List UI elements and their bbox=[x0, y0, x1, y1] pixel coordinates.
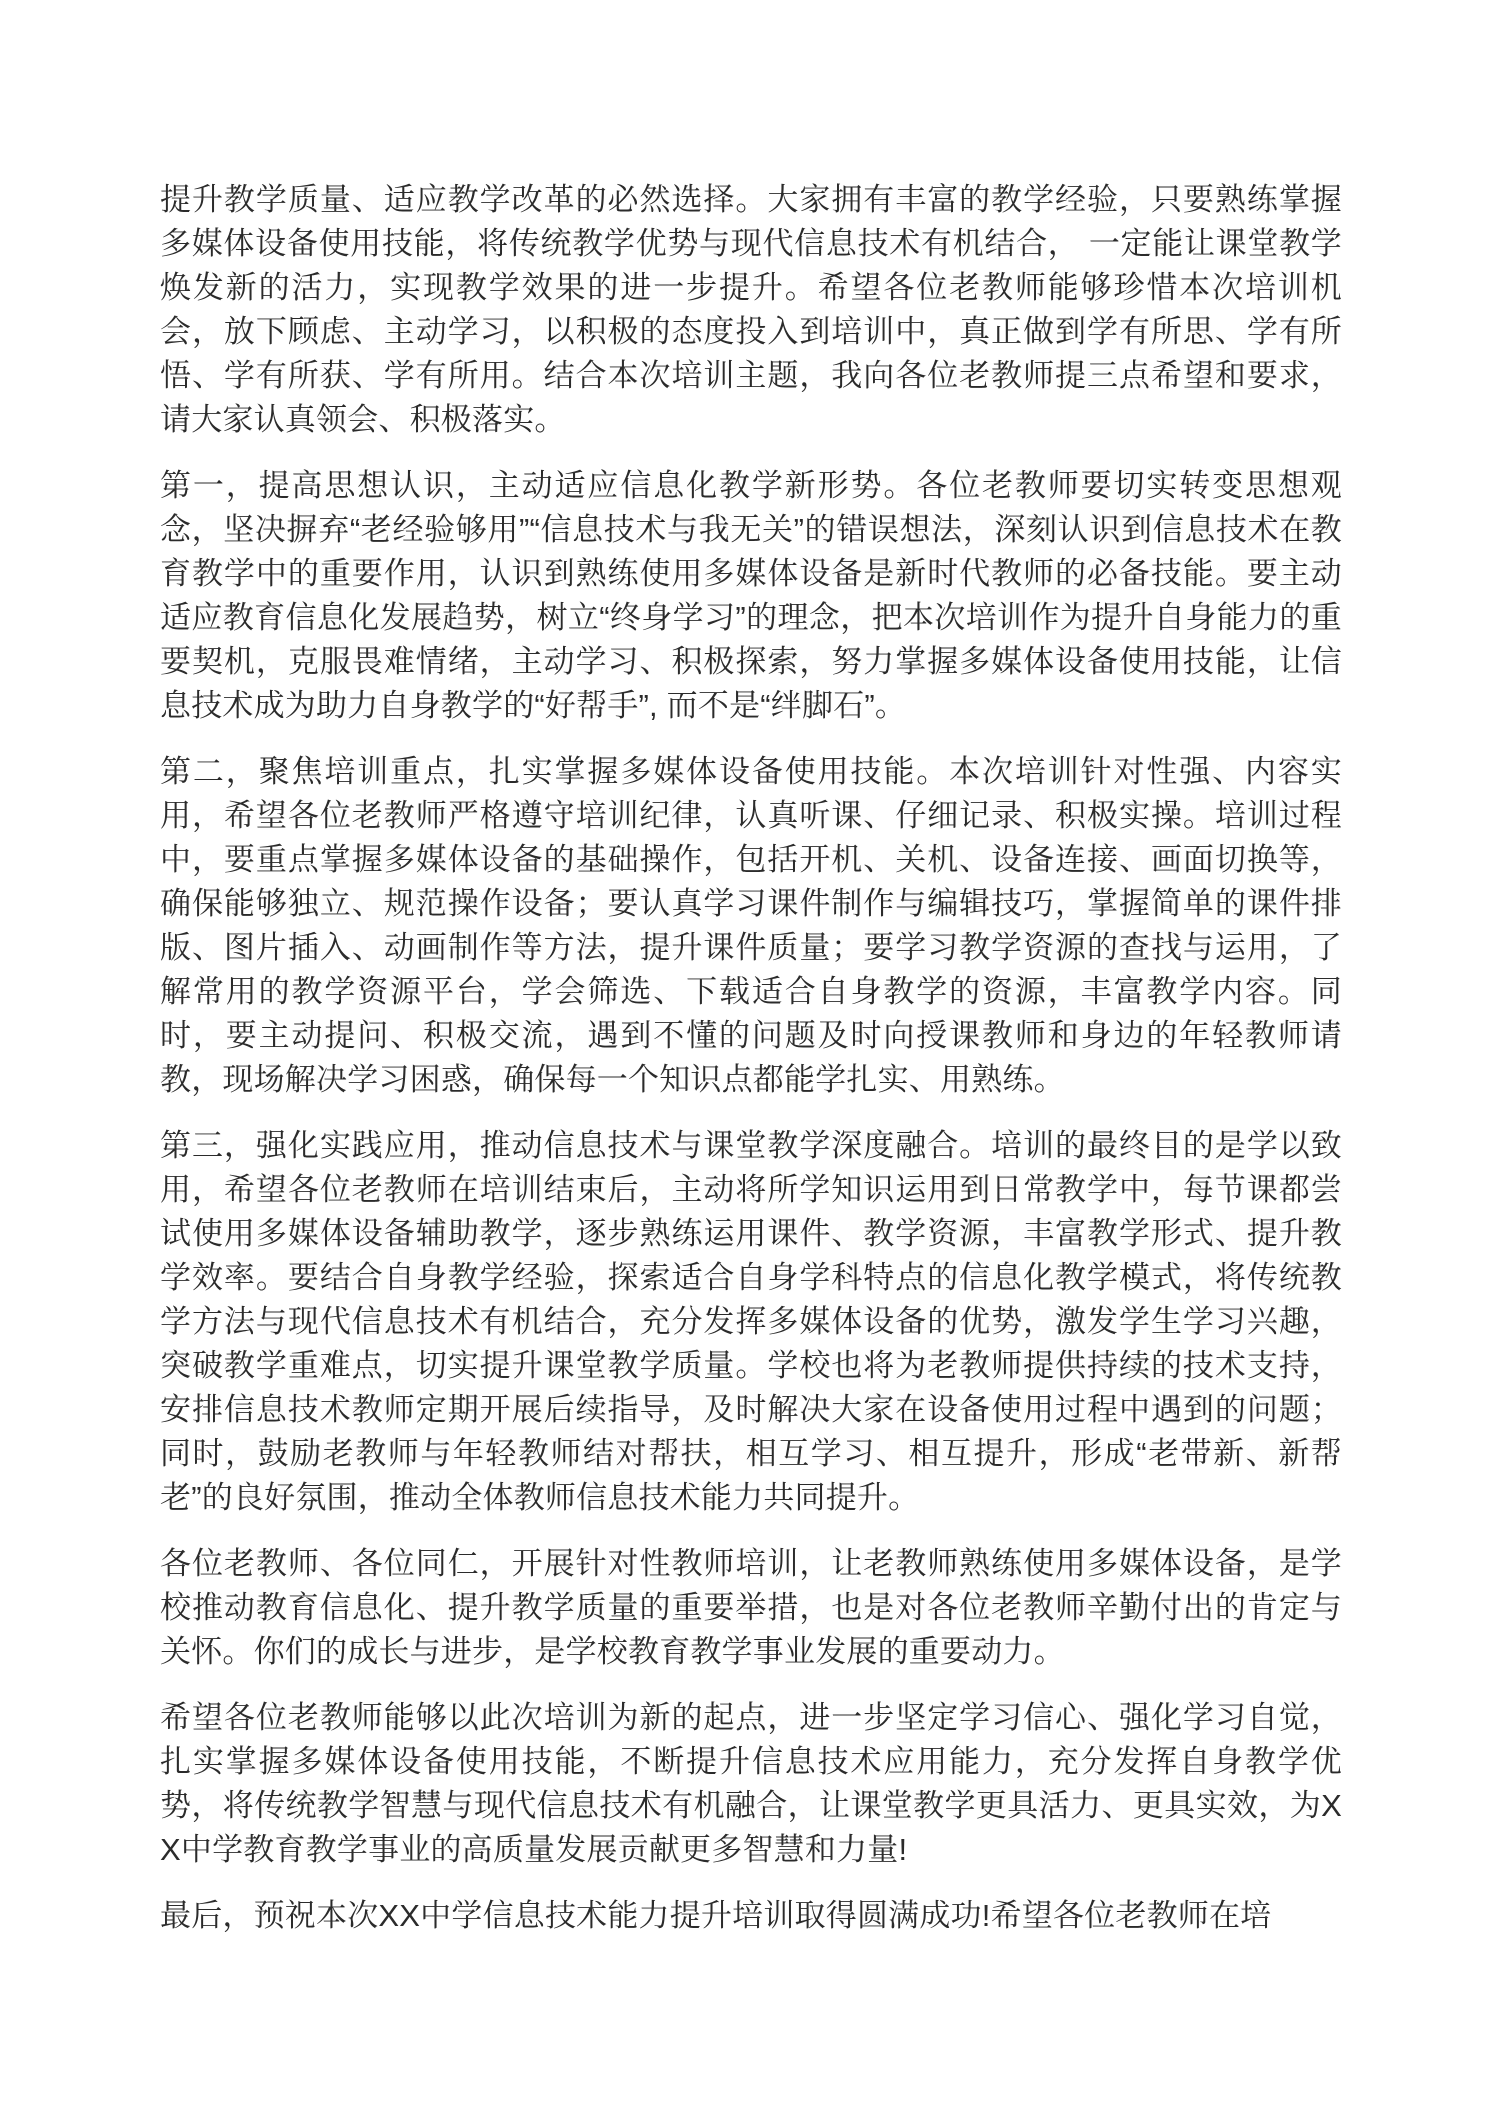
document-text-block: 提升教学质量、适应教学改革的必然选择。大家拥有丰富的教学经验，只要熟练掌握多媒体… bbox=[160, 178, 1342, 1938]
paragraph: 提升教学质量、适应教学改革的必然选择。大家拥有丰富的教学经验，只要熟练掌握多媒体… bbox=[160, 178, 1342, 442]
paragraph: 第二，聚焦培训重点，扎实掌握多媒体设备使用技能。本次培训针对性强、内容实用，希望… bbox=[160, 750, 1342, 1102]
paragraph: 第一，提高思想认识，主动适应信息化教学新形势。各位老教师要切实转变思想观念，坚决… bbox=[160, 464, 1342, 728]
paragraph: 最后，预祝本次XX中学信息技术能力提升培训取得圆满成功!希望各位老教师在培 bbox=[160, 1894, 1342, 1938]
paragraph: 各位老教师、各位同仁，开展针对性教师培训，让老教师熟练使用多媒体设备，是学校推动… bbox=[160, 1542, 1342, 1674]
document-page: 提升教学质量、适应教学改革的必然选择。大家拥有丰富的教学经验，只要熟练掌握多媒体… bbox=[0, 0, 1493, 2112]
paragraph: 希望各位老教师能够以此次培训为新的起点，进一步坚定学习信心、强化学习自觉，扎实掌… bbox=[160, 1696, 1342, 1872]
paragraph: 第三，强化实践应用，推动信息技术与课堂教学深度融合。培训的最终目的是学以致用，希… bbox=[160, 1124, 1342, 1520]
